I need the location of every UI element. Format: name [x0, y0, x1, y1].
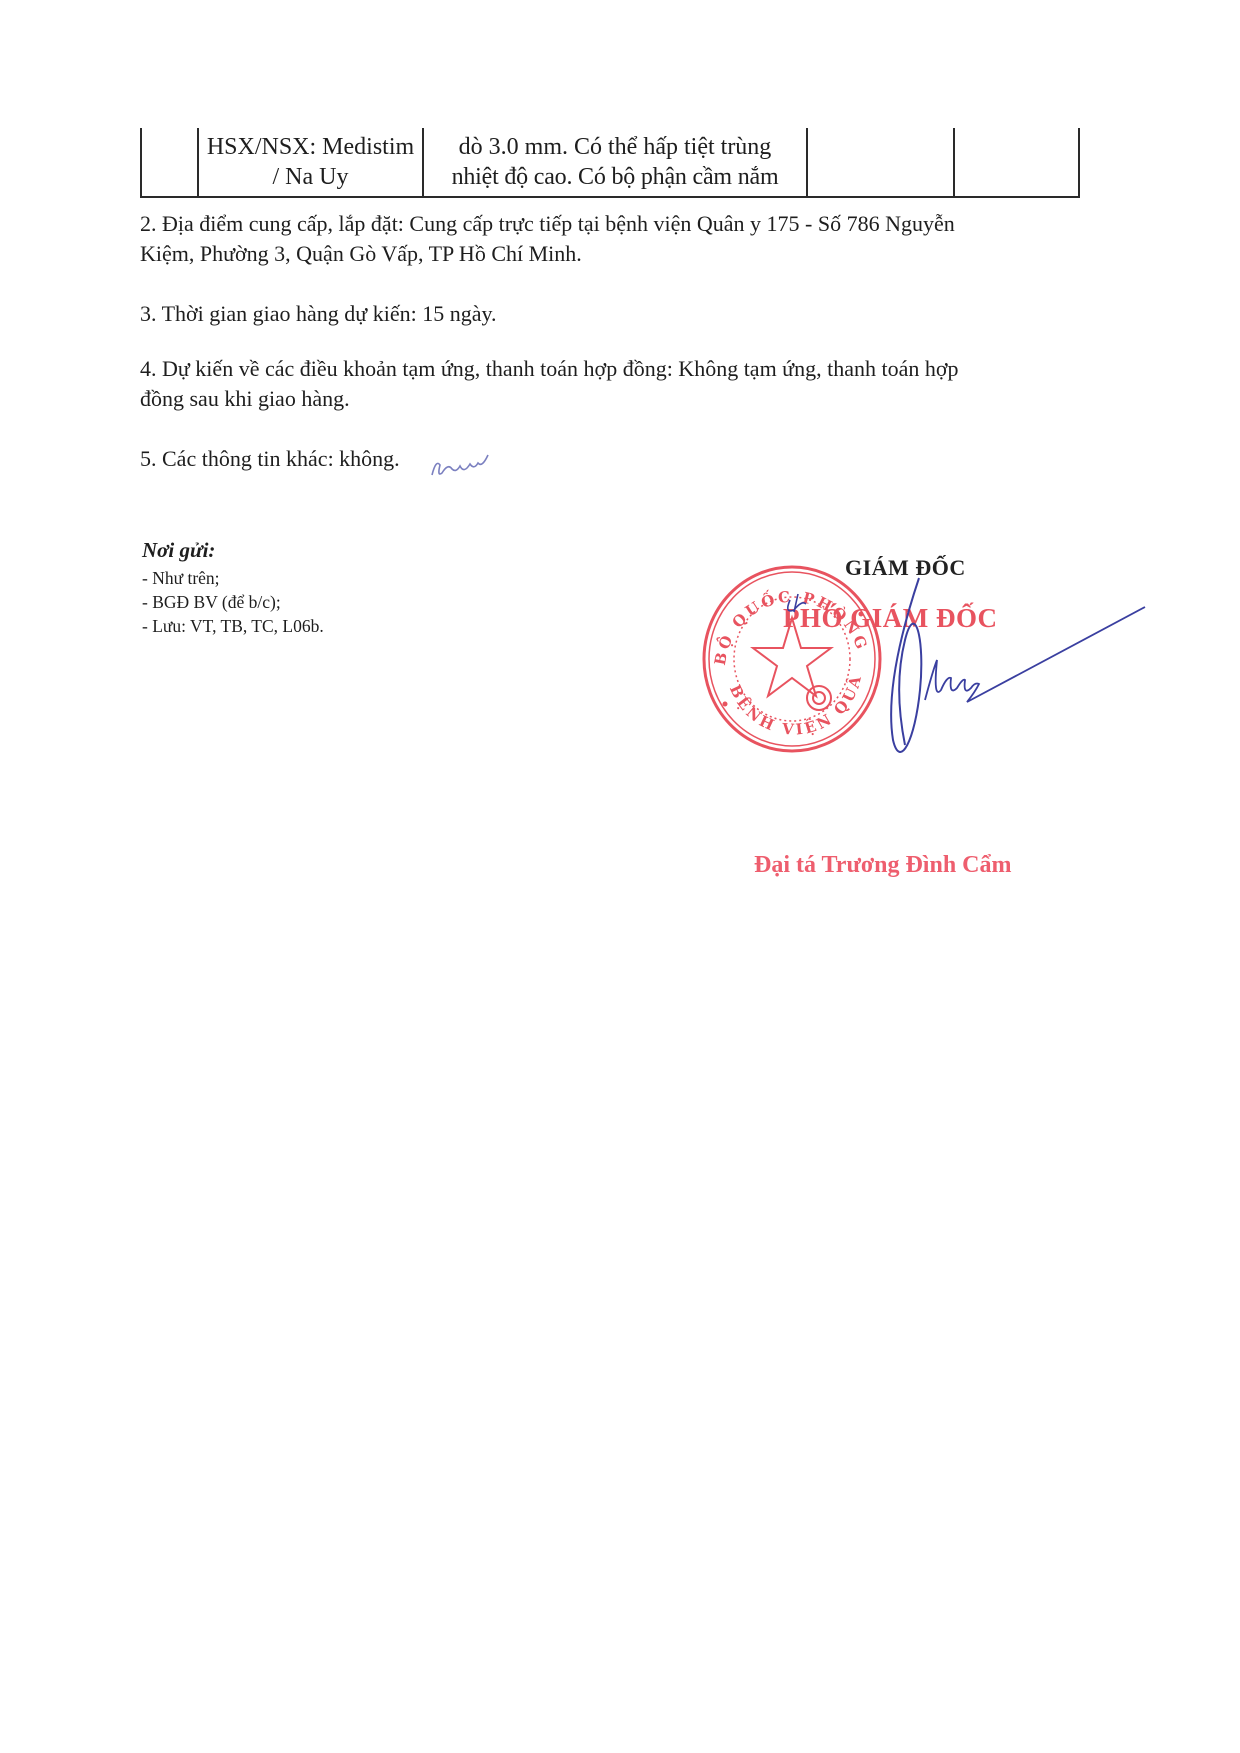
text-line: 4. Dự kiến về các điều khoản tạm ứng, th… [140, 354, 1090, 384]
text-line: đồng sau khi giao hàng. [140, 384, 1090, 414]
manufacturer-cell: HSX/NSX: Medistim / Na Uy [199, 132, 422, 192]
table-border [140, 196, 1080, 198]
table-border [953, 128, 955, 198]
cell-line: / Na Uy [199, 162, 422, 192]
table-border [140, 128, 142, 198]
text-line: 3. Thời gian giao hàng dự kiến: 15 ngày. [140, 299, 1090, 329]
description-cell: dò 3.0 mm. Có thể hấp tiệt trùng nhiệt đ… [424, 132, 806, 192]
cell-line: nhiệt độ cao. Có bộ phận cầm nắm [424, 162, 806, 192]
item-4: 4. Dự kiến về các điều khoản tạm ứng, th… [140, 354, 1090, 414]
table-border [1078, 128, 1080, 198]
item-2: 2. Địa điểm cung cấp, lắp đặt: Cung cấp … [140, 209, 1090, 269]
table-border [806, 128, 808, 198]
deputy-director-title: PHÓ GIÁM ĐỐC [783, 603, 998, 634]
recipient-item: - BGĐ BV (để b/c); [142, 590, 324, 614]
item-3: 3. Thời gian giao hàng dự kiến: 15 ngày. [140, 299, 1090, 329]
recipient-item: - Lưu: VT, TB, TC, L06b. [142, 614, 324, 638]
cell-line: HSX/NSX: Medistim [199, 132, 422, 162]
recipients-title: Nơi gửi: [142, 538, 215, 563]
text-line: 5. Các thông tin khác: không. [140, 444, 1090, 474]
item-5: 5. Các thông tin khác: không. [140, 444, 1090, 474]
official-stamp: BỘ QUỐC PHÒNG BỆNH VIỆN QUÂN Y [697, 556, 887, 756]
text-line: 2. Địa điểm cung cấp, lắp đặt: Cung cấp … [140, 209, 1090, 239]
recipient-item: - Như trên; [142, 566, 324, 590]
items-table-fragment: HSX/NSX: Medistim / Na Uy dò 3.0 mm. Có … [140, 128, 1080, 198]
signer-name: Đại tá Trương Đình Cẩm [754, 852, 1012, 879]
cell-line: dò 3.0 mm. Có thể hấp tiệt trùng [424, 132, 806, 162]
recipients-list: - Như trên; - BGĐ BV (để b/c); - Lưu: VT… [142, 566, 324, 638]
director-title: GIÁM ĐỐC [845, 555, 966, 581]
text-line: Kiệm, Phường 3, Quận Gò Vấp, TP Hồ Chí M… [140, 239, 1090, 269]
